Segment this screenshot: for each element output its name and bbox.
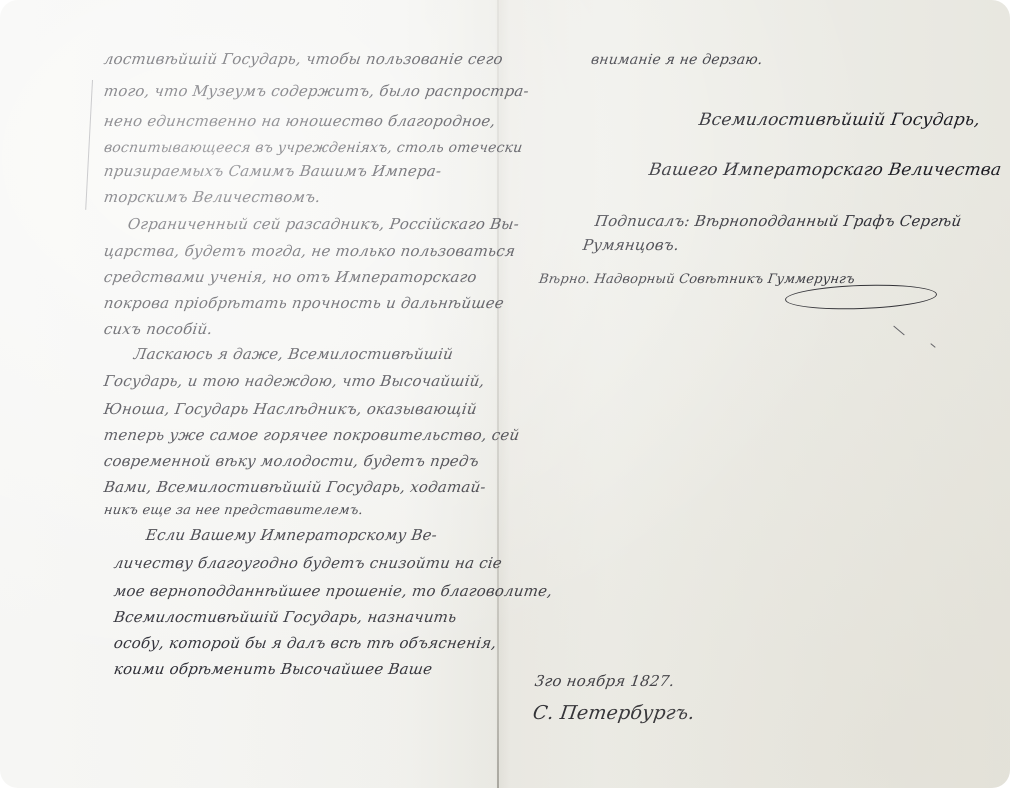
text-line: сихъ пособій. bbox=[103, 320, 214, 338]
text-line: Вами, Всемилостивѣйшій Государь, ходатай… bbox=[103, 478, 487, 496]
continuation-line: вниманіе я не дерзаю. bbox=[590, 52, 764, 68]
margin-pencil-line bbox=[85, 80, 93, 210]
text-line: Если Вашему Императорскому Ве- bbox=[145, 526, 439, 544]
text-line: личеству благоугодно будетъ снизойти на … bbox=[113, 554, 503, 572]
text-line: нено единственно на юношество благородно… bbox=[103, 112, 497, 130]
text-line: современной вѣку молодости, будетъ предъ bbox=[103, 452, 480, 470]
text-line: Ласкаюсь я даже, Всемилостивѣйшій bbox=[133, 345, 455, 363]
text-line: никъ еще за нее представителемъ. bbox=[103, 503, 364, 518]
scanned-document: лостивѣйшій Государь, чтобы пользованіе … bbox=[0, 0, 1010, 788]
text-line: воспитывающееся въ учрежденіяхъ, столь о… bbox=[103, 140, 524, 156]
text-line: покрова пріобрѣтать прочность и дальнѣйш… bbox=[103, 294, 505, 312]
text-line: Ограниченный сей разсадникъ, Россійскаго… bbox=[127, 215, 521, 233]
text-line: царства, будетъ тогда, не только пользов… bbox=[103, 242, 517, 260]
signed-by-name: Румянцовъ. bbox=[582, 236, 681, 254]
verification-line: Вѣрно. Надворный Совѣтникъ Гуммерунгъ bbox=[538, 272, 856, 287]
left-page: лостивѣйшій Государь, чтобы пользованіе … bbox=[0, 0, 497, 788]
signed-by-line: Подписалъ: Вѣрноподданный Графъ Сергѣй bbox=[594, 212, 963, 230]
salutation: Всемилостивѣйшій Государь, bbox=[698, 110, 982, 130]
text-line: мое верноподданнѣйшее прошеніе, то благо… bbox=[113, 582, 554, 600]
text-line: теперь уже самое горячее покровительство… bbox=[103, 426, 521, 444]
date: 3го ноября 1827. bbox=[534, 672, 676, 690]
text-line: Государь, и тою надеждою, что Высочайшій… bbox=[103, 372, 486, 390]
text-line: Юноша, Государь Наслѣдникъ, оказывающій bbox=[103, 400, 478, 418]
closing-formula: Вашего Императорскаго Величества bbox=[648, 160, 1003, 180]
place: С. Петербургъ. bbox=[531, 702, 696, 724]
text-line: лостивѣйшій Государь, чтобы пользованіе … bbox=[103, 50, 504, 68]
text-line: торскимъ Величествомъ. bbox=[103, 188, 322, 206]
text-line: призираемыхъ Самимъ Вашимъ Импера- bbox=[103, 162, 443, 180]
text-line: особу, которой бы я далъ всѣ тѣ объяснен… bbox=[113, 634, 498, 652]
text-line: средствами ученія, но отъ Императорскаго bbox=[103, 268, 478, 286]
right-page: вниманіе я не дерзаю. Всемилостивѣйшій Г… bbox=[499, 0, 1010, 788]
text-line: коими обрѣменить Высочайшее Ваше bbox=[113, 660, 434, 678]
text-line: того, что Музеумъ содержитъ, было распро… bbox=[103, 82, 530, 100]
text-line: Всемилостивѣйшій Государь, назначить bbox=[113, 608, 458, 626]
